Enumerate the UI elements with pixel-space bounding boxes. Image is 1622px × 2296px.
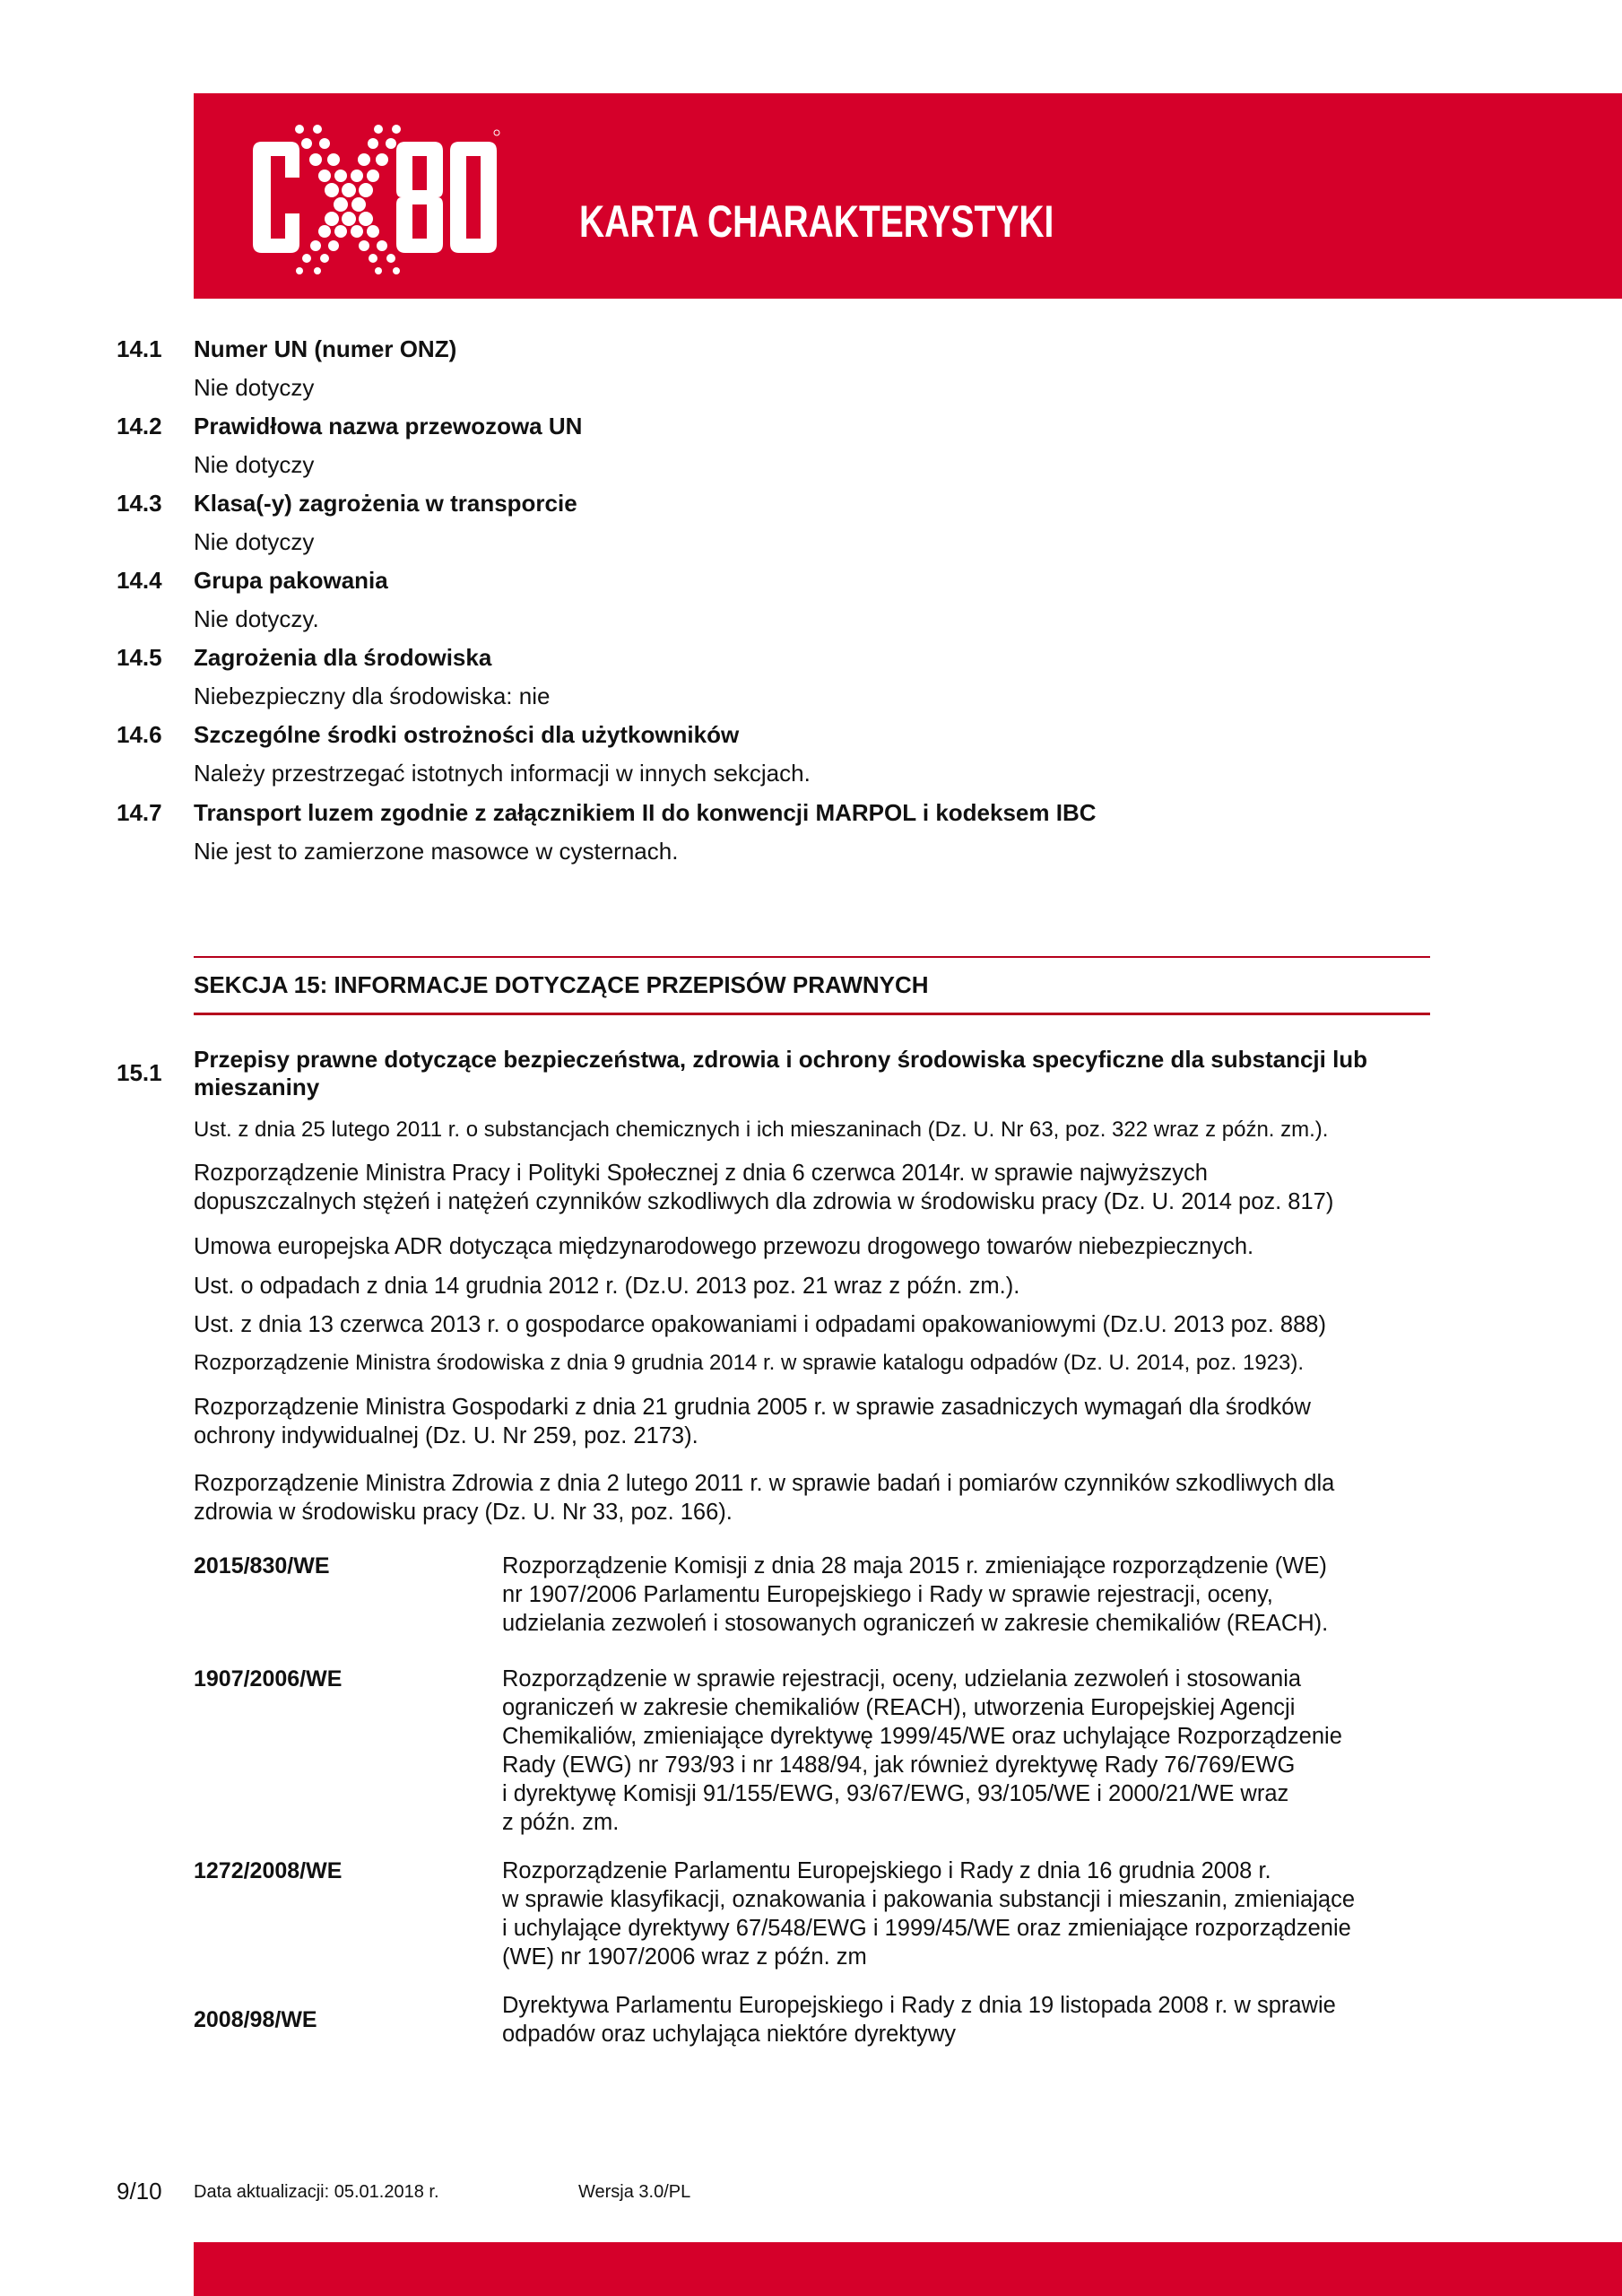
regulation-desc: udzielania zezwoleń i stosowanych ograni… bbox=[502, 1609, 1328, 1638]
regulation-desc: i uchylające dyrektywy 67/548/EWG i 1999… bbox=[502, 1914, 1351, 1943]
law-paragraph: Umowa europejska ADR dotycząca międzynar… bbox=[194, 1232, 1253, 1261]
regulation-code: 1907/2006/WE bbox=[194, 1666, 342, 1692]
regulation-desc: w sprawie klasyfikacji, oznakowania i pa… bbox=[502, 1885, 1355, 1914]
law-paragraph: Ust. z dnia 13 czerwca 2013 r. o gospoda… bbox=[194, 1310, 1326, 1339]
cx80-logo bbox=[235, 115, 504, 276]
item-value: Nie dotyczy bbox=[194, 528, 314, 556]
law-paragraph: Rozporządzenie Ministra Gospodarki z dni… bbox=[194, 1393, 1311, 1422]
item-number: 14.7 bbox=[117, 799, 162, 827]
item-number: 14.4 bbox=[117, 567, 162, 595]
item-number: 14.3 bbox=[117, 490, 162, 517]
law-paragraph: dopuszczalnych stężeń i natężeń czynnikó… bbox=[194, 1187, 1333, 1216]
page-number: 9/10 bbox=[117, 2178, 162, 2205]
item-number: 14.1 bbox=[117, 335, 162, 363]
item-number: 14.6 bbox=[117, 721, 162, 749]
regulation-desc: Rozporządzenie Parlamentu Europejskiego … bbox=[502, 1857, 1271, 1885]
regulation-desc: i dyrektywę Komisji 91/155/EWG, 93/67/EW… bbox=[502, 1779, 1288, 1808]
item-value: Niebezpieczny dla środowiska: nie bbox=[194, 683, 550, 710]
section-divider-bottom bbox=[194, 1013, 1430, 1015]
regulation-desc: Dyrektywa Parlamentu Europejskiego i Rad… bbox=[502, 1991, 1336, 2020]
item-number: 14.5 bbox=[117, 644, 162, 672]
regulation-desc: (WE) nr 1907/2006 wraz z późn. zm bbox=[502, 1943, 867, 1971]
subsection-number: 15.1 bbox=[117, 1059, 162, 1087]
document-title: KARTA CHARAKTERYSTYKI bbox=[579, 196, 1054, 248]
regulation-desc: Rady (EWG) nr 793/93 i nr 1488/94, jak r… bbox=[502, 1751, 1295, 1779]
law-paragraph: Rozporządzenie Ministra Pracy i Polityki… bbox=[194, 1159, 1208, 1187]
update-date: Data aktualizacji: 05.01.2018 r. bbox=[194, 2182, 439, 2203]
item-value: Nie dotyczy bbox=[194, 374, 314, 402]
item-value: Nie dotyczy bbox=[194, 451, 314, 479]
version-label: Wersja 3.0/PL bbox=[578, 2182, 690, 2203]
section-15-title: SEKCJA 15: INFORMACJE DOTYCZĄCE PRZEPISÓ… bbox=[194, 971, 929, 999]
law-paragraph: zdrowia w środowisku pracy (Dz. U. Nr 33… bbox=[194, 1498, 733, 1526]
regulation-desc: z późn. zm. bbox=[502, 1808, 619, 1837]
subsection-heading: mieszaniny bbox=[194, 1074, 319, 1101]
item-heading: Grupa pakowania bbox=[194, 567, 388, 595]
regulation-desc: Rozporządzenie w sprawie rejestracji, oc… bbox=[502, 1665, 1301, 1693]
item-value: Należy przestrzegać istotnych informacji… bbox=[194, 760, 811, 787]
regulation-code: 2008/98/WE bbox=[194, 2007, 317, 2033]
item-heading: Zagrożenia dla środowiska bbox=[194, 644, 491, 672]
item-heading: Szczególne środki ostrożności dla użytko… bbox=[194, 721, 739, 749]
item-heading: Numer UN (numer ONZ) bbox=[194, 335, 456, 363]
regulation-desc: ograniczeń w zakresie chemikaliów (REACH… bbox=[502, 1693, 1295, 1722]
regulation-desc: nr 1907/2006 Parlamentu Europejskiego i … bbox=[502, 1580, 1273, 1609]
law-paragraph: Ust. o odpadach z dnia 14 grudnia 2012 r… bbox=[194, 1272, 1019, 1300]
law-paragraph: Ust. z dnia 25 lutego 2011 r. o substanc… bbox=[194, 1116, 1328, 1144]
regulation-desc: Rozporządzenie Komisji z dnia 28 maja 20… bbox=[502, 1552, 1327, 1580]
footer-banner bbox=[194, 2242, 1622, 2296]
item-value: Nie dotyczy. bbox=[194, 605, 319, 633]
regulation-desc: odpadów oraz uchylająca niektóre dyrekty… bbox=[502, 2020, 956, 2048]
regulation-code: 1272/2008/WE bbox=[194, 1858, 342, 1884]
item-number: 14.2 bbox=[117, 413, 162, 440]
regulation-desc: Chemikaliów, zmieniające dyrektywę 1999/… bbox=[502, 1722, 1342, 1751]
law-paragraph: ochrony indywidualnej (Dz. U. Nr 259, po… bbox=[194, 1422, 698, 1450]
item-heading: Prawidłowa nazwa przewozowa UN bbox=[194, 413, 582, 440]
item-heading: Klasa(-y) zagrożenia w transporcie bbox=[194, 490, 577, 517]
item-heading: Transport luzem zgodnie z załącznikiem I… bbox=[194, 799, 1097, 827]
law-paragraph: Rozporządzenie Ministra środowiska z dni… bbox=[194, 1349, 1304, 1378]
regulation-code: 2015/830/WE bbox=[194, 1553, 330, 1579]
item-value: Nie jest to zamierzone masowce w cystern… bbox=[194, 838, 678, 865]
law-paragraph: Rozporządzenie Ministra Zdrowia z dnia 2… bbox=[194, 1469, 1334, 1498]
section-divider-top bbox=[194, 956, 1430, 958]
subsection-heading: Przepisy prawne dotyczące bezpieczeństwa… bbox=[194, 1046, 1367, 1074]
